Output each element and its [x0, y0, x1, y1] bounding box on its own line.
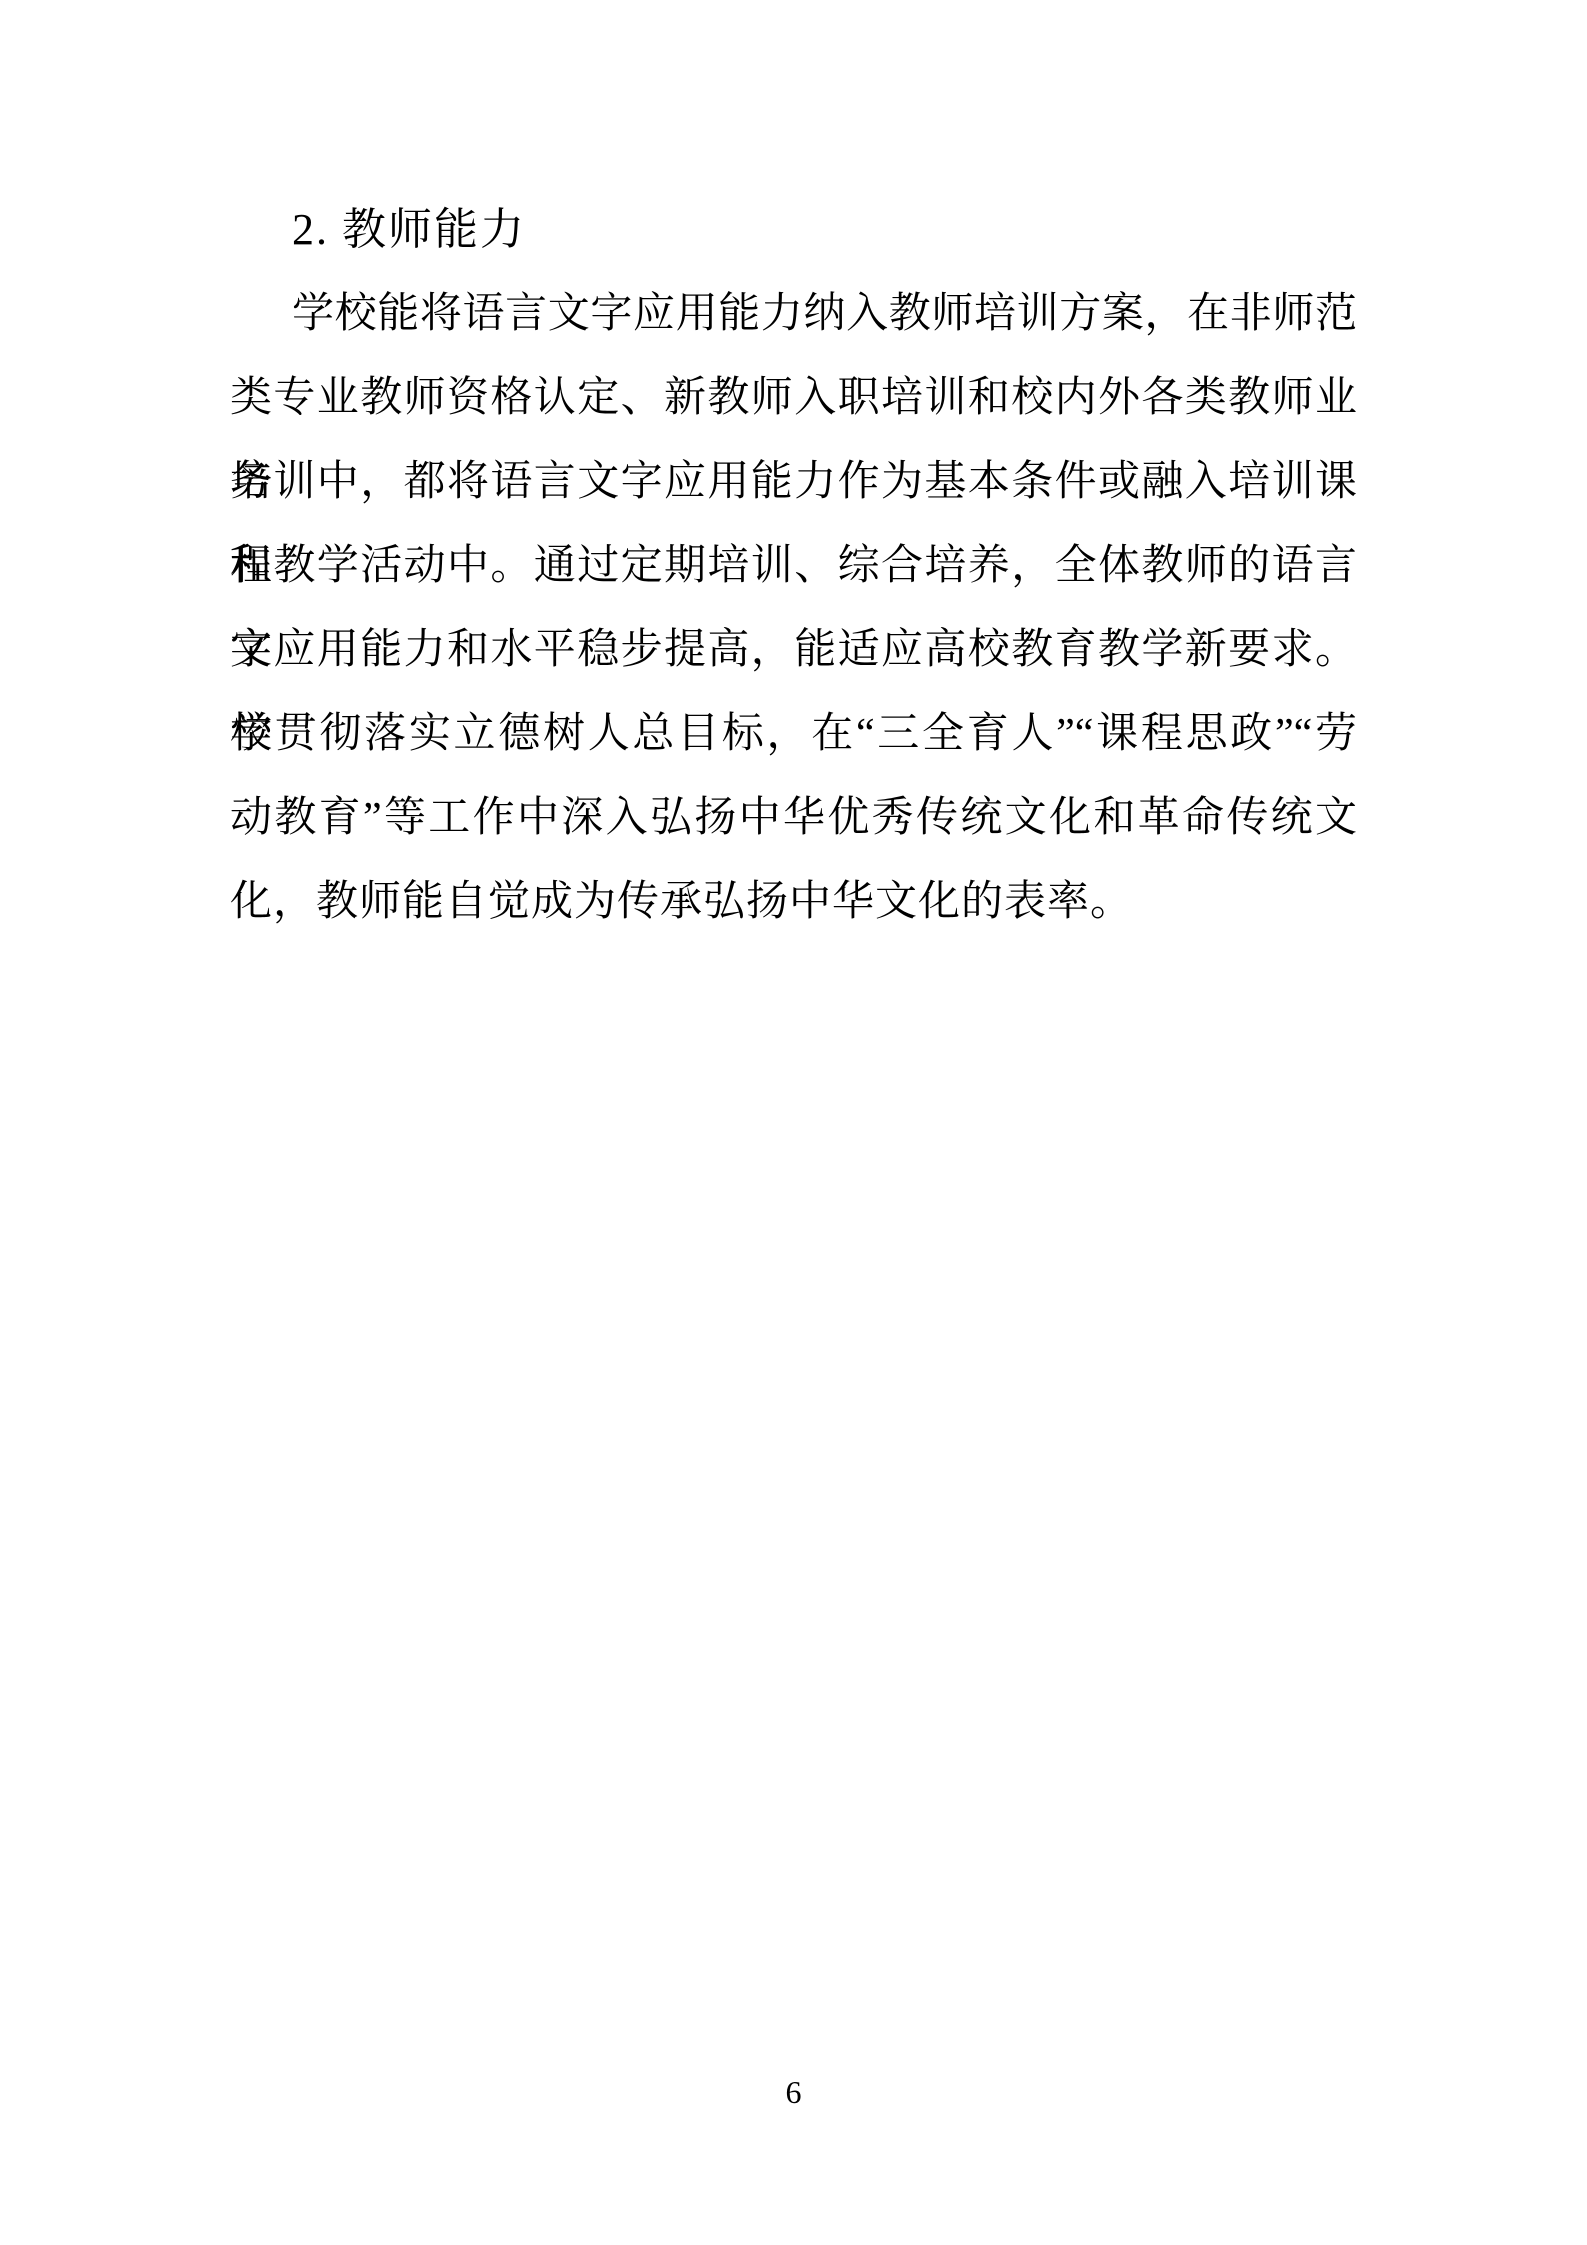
section-heading: 2. 教师能力: [230, 188, 1357, 272]
paragraph-line: 字应用能力和水平稳步提高，能适应高校教育教学新要求。学: [230, 608, 1357, 692]
paragraph-line: 校贯彻落实立德树人总目标，在“三全育人”“课程思政”“劳: [230, 692, 1357, 776]
paragraph-line: 培训中，都将语言文字应用能力作为基本条件或融入培训课程: [230, 440, 1357, 524]
page-number: 6: [0, 2072, 1587, 2112]
paragraph-line: 类专业教师资格认定、新教师入职培训和校内外各类教师业务: [230, 356, 1357, 440]
document-page: 2. 教师能力 学校能将语言文字应用能力纳入教师培训方案，在非师范 类专业教师资…: [0, 0, 1587, 2245]
paragraph-line: 动教育”等工作中深入弘扬中华优秀传统文化和革命传统文: [230, 776, 1357, 860]
paragraph-line: 学校能将语言文字应用能力纳入教师培训方案，在非师范: [230, 272, 1357, 356]
paragraph-line: 和教学活动中。通过定期培训、综合培养，全体教师的语言文: [230, 524, 1357, 608]
document-body: 2. 教师能力 学校能将语言文字应用能力纳入教师培训方案，在非师范 类专业教师资…: [230, 188, 1357, 944]
paragraph-line: 化，教师能自觉成为传承弘扬中华文化的表率。: [230, 860, 1357, 944]
